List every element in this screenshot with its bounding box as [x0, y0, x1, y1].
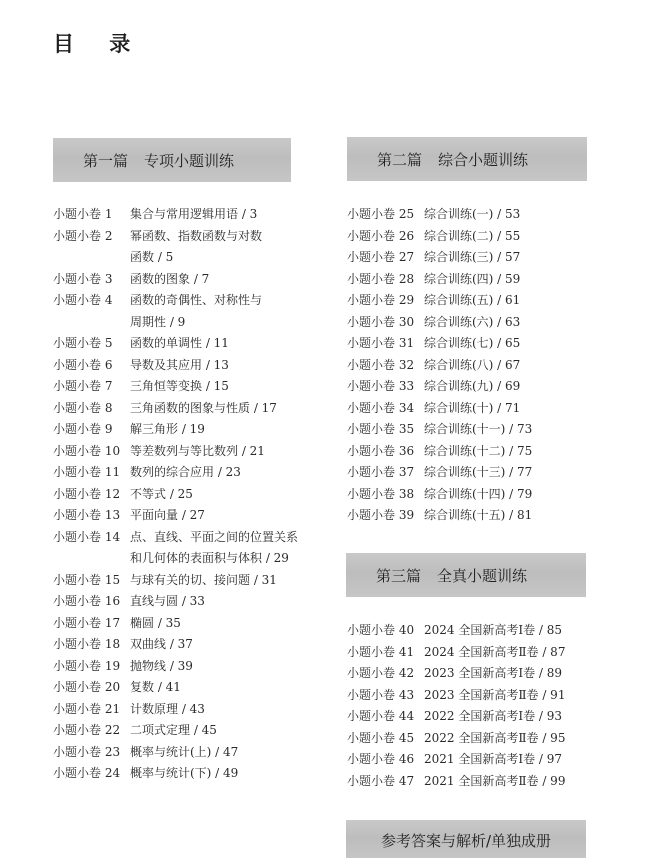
section-part-label: 第一篇 — [83, 150, 128, 171]
toc-entry-label: 小题小卷 28 — [347, 269, 424, 291]
toc-entry-label: 小题小卷 19 — [53, 656, 130, 678]
toc-entry-title: 集合与常用逻辑用语 / 3 — [130, 204, 257, 226]
toc-entry: 小题小卷 31综合训练(七) / 65 — [347, 333, 532, 355]
toc-entry-label: 小题小卷 9 — [53, 419, 130, 441]
toc-entry-title: 综合训练(三) / 57 — [424, 247, 520, 269]
toc-entry: 小题小卷 27综合训练(三) / 57 — [347, 247, 532, 269]
toc-entry-title: 综合训练(九) / 69 — [424, 376, 520, 398]
section-name: 综合小题训练 — [438, 149, 528, 170]
toc-entry-label: 小题小卷 44 — [347, 706, 424, 728]
toc-entry: 小题小卷 412024 全国新高考Ⅱ卷 / 87 — [347, 642, 565, 664]
toc-entry: 小题小卷 34综合训练(十) / 71 — [347, 398, 532, 420]
toc-entry-label: 小题小卷 46 — [347, 749, 424, 771]
toc-entry-title: 点、直线、平面之间的位置关系 — [130, 527, 298, 549]
toc-entry-title: 综合训练(十二) / 75 — [424, 441, 532, 463]
toc-entry-label: 小题小卷 16 — [53, 591, 130, 613]
page-title: 目 录 — [53, 28, 144, 58]
toc-entry-label: 小题小卷 15 — [53, 570, 130, 592]
toc-entry-title: 2021 全国新高考Ⅱ卷 / 99 — [424, 771, 565, 793]
toc-entry-label: 小题小卷 40 — [347, 620, 424, 642]
toc-entry-label: 小题小卷 26 — [347, 226, 424, 248]
toc-entry: 小题小卷 462021 全国新高考Ⅰ卷 / 97 — [347, 749, 565, 771]
toc-entry-label: 小题小卷 41 — [347, 642, 424, 664]
toc-entry-title: 综合训练(八) / 67 — [424, 355, 520, 377]
toc-entry-title: 不等式 / 25 — [130, 484, 193, 506]
toc-entry-title: 综合训练(十一) / 73 — [424, 419, 532, 441]
toc-entry-title: 导数及其应用 / 13 — [130, 355, 229, 377]
answers-banner: 参考答案与解析/单独成册 — [346, 820, 586, 858]
toc-entry-label: 小题小卷 36 — [347, 441, 424, 463]
toc-entry-title: 三角函数的图象与性质 / 17 — [130, 398, 277, 420]
toc-entry-label: 小题小卷 10 — [53, 441, 130, 463]
toc-entry-title: 三角恒等变换 / 15 — [130, 376, 229, 398]
toc-entry-label: 小题小卷 3 — [53, 269, 130, 291]
toc-entry: 小题小卷 442022 全国新高考Ⅰ卷 / 93 — [347, 706, 565, 728]
toc-entry: 小题小卷 11数列的综合应用 / 23 — [53, 462, 298, 484]
toc-entry-label: 小题小卷 30 — [347, 312, 424, 334]
toc-entry: 小题小卷 2幂函数、指数函数与对数 — [53, 226, 298, 248]
toc-entry-label: 小题小卷 18 — [53, 634, 130, 656]
toc-entry-title: 综合训练(六) / 63 — [424, 312, 520, 334]
toc-entry-title: 函数的图象 / 7 — [130, 269, 209, 291]
toc-entry-title: 解三角形 / 19 — [130, 419, 205, 441]
toc-entry: 小题小卷 37综合训练(十三) / 77 — [347, 462, 532, 484]
toc-entry-label: 小题小卷 23 — [53, 742, 130, 764]
toc-entry-continuation: 函数 / 5 — [53, 247, 298, 269]
toc-entry: 小题小卷 36综合训练(十二) / 75 — [347, 441, 532, 463]
toc-entry: 小题小卷 33综合训练(九) / 69 — [347, 376, 532, 398]
toc-entry: 小题小卷 32综合训练(八) / 67 — [347, 355, 532, 377]
toc-entry-title: 函数的奇偶性、对称性与 — [130, 290, 262, 312]
toc-entry-title: 综合训练(十三) / 77 — [424, 462, 532, 484]
toc-entry: 小题小卷 21计数原理 / 43 — [53, 699, 298, 721]
toc-entry-label: 小题小卷 25 — [347, 204, 424, 226]
toc-entry: 小题小卷 22二项式定理 / 45 — [53, 720, 298, 742]
toc-entry-title: 直线与圆 / 33 — [130, 591, 205, 613]
toc-entry-label: 小题小卷 42 — [347, 663, 424, 685]
toc-entry-title: 复数 / 41 — [130, 677, 181, 699]
toc-entry-label: 小题小卷 14 — [53, 527, 130, 549]
toc-entry-label: 小题小卷 8 — [53, 398, 130, 420]
toc-entry: 小题小卷 23概率与统计(上) / 47 — [53, 742, 298, 764]
toc-entry: 小题小卷 422023 全国新高考Ⅰ卷 / 89 — [347, 663, 565, 685]
toc-entry-title: 综合训练(一) / 53 — [424, 204, 520, 226]
toc-entry: 小题小卷 24概率与统计(下) / 49 — [53, 763, 298, 785]
toc-entry: 小题小卷 4函数的奇偶性、对称性与 — [53, 290, 298, 312]
toc-entry-continuation: 和几何体的表面积与体积 / 29 — [53, 548, 298, 570]
toc-entry-title: 计数原理 / 43 — [130, 699, 205, 721]
toc-entry-title: 函数的单调性 / 11 — [130, 333, 229, 355]
toc-entry-title: 2022 全国新高考Ⅱ卷 / 95 — [424, 728, 565, 750]
toc-entry: 小题小卷 5函数的单调性 / 11 — [53, 333, 298, 355]
toc-entry-label: 小题小卷 34 — [347, 398, 424, 420]
toc-entry: 小题小卷 16直线与圆 / 33 — [53, 591, 298, 613]
toc-entry: 小题小卷 14点、直线、平面之间的位置关系 — [53, 527, 298, 549]
toc-entry: 小题小卷 25综合训练(一) / 53 — [347, 204, 532, 226]
toc-entry: 小题小卷 18双曲线 / 37 — [53, 634, 298, 656]
toc-entry-title: 2021 全国新高考Ⅰ卷 / 97 — [424, 749, 562, 771]
toc-entry-title: 数列的综合应用 / 23 — [130, 462, 241, 484]
toc-entry-label: 小题小卷 6 — [53, 355, 130, 377]
toc-entry: 小题小卷 26综合训练(二) / 55 — [347, 226, 532, 248]
toc-entry: 小题小卷 38综合训练(十四) / 79 — [347, 484, 532, 506]
toc-entry-title: 与球有关的切、接问题 / 31 — [130, 570, 277, 592]
toc-entry: 小题小卷 13平面向量 / 27 — [53, 505, 298, 527]
toc-entry: 小题小卷 35综合训练(十一) / 73 — [347, 419, 532, 441]
toc-list-section-3: 小题小卷 402024 全国新高考Ⅰ卷 / 85小题小卷 412024 全国新高… — [347, 620, 565, 792]
toc-entry-title: 抛物线 / 39 — [130, 656, 193, 678]
answers-banner-text: 参考答案与解析/单独成册 — [381, 830, 551, 851]
toc-entry-label: 小题小卷 31 — [347, 333, 424, 355]
toc-entry-title: 综合训练(七) / 65 — [424, 333, 520, 355]
toc-entry-label: 小题小卷 39 — [347, 505, 424, 527]
toc-entry: 小题小卷 9解三角形 / 19 — [53, 419, 298, 441]
toc-entry: 小题小卷 28综合训练(四) / 59 — [347, 269, 532, 291]
toc-entry-title: 综合训练(五) / 61 — [424, 290, 520, 312]
toc-entry: 小题小卷 19抛物线 / 39 — [53, 656, 298, 678]
toc-entry-title: 2022 全国新高考Ⅰ卷 / 93 — [424, 706, 562, 728]
toc-entry: 小题小卷 452022 全国新高考Ⅱ卷 / 95 — [347, 728, 565, 750]
toc-entry-title: 双曲线 / 37 — [130, 634, 193, 656]
toc-entry-label: 小题小卷 38 — [347, 484, 424, 506]
toc-entry-title: 2024 全国新高考Ⅰ卷 / 85 — [424, 620, 562, 642]
toc-entry: 小题小卷 3函数的图象 / 7 — [53, 269, 298, 291]
toc-entry: 小题小卷 30综合训练(六) / 63 — [347, 312, 532, 334]
toc-entry-title: 2024 全国新高考Ⅱ卷 / 87 — [424, 642, 565, 664]
toc-entry-title: 幂函数、指数函数与对数 — [130, 226, 262, 248]
toc-entry: 小题小卷 432023 全国新高考Ⅱ卷 / 91 — [347, 685, 565, 707]
toc-entry-label: 小题小卷 7 — [53, 376, 130, 398]
toc-entry: 小题小卷 12不等式 / 25 — [53, 484, 298, 506]
toc-entry-label: 小题小卷 45 — [347, 728, 424, 750]
toc-entry-title: 周期性 / 9 — [130, 312, 185, 334]
toc-entry: 小题小卷 1集合与常用逻辑用语 / 3 — [53, 204, 298, 226]
section-name: 全真小题训练 — [437, 565, 527, 586]
toc-entry-title: 综合训练(十) / 71 — [424, 398, 520, 420]
toc-entry-title: 综合训练(十五) / 81 — [424, 505, 532, 527]
toc-entry: 小题小卷 20复数 / 41 — [53, 677, 298, 699]
toc-entry-label: 小题小卷 11 — [53, 462, 130, 484]
toc-entry-label: 小题小卷 24 — [53, 763, 130, 785]
toc-entry-label: 小题小卷 32 — [347, 355, 424, 377]
toc-entry-title: 概率与统计(下) / 49 — [130, 763, 238, 785]
toc-entry-label: 小题小卷 37 — [347, 462, 424, 484]
toc-entry: 小题小卷 8三角函数的图象与性质 / 17 — [53, 398, 298, 420]
toc-entry-title: 综合训练(四) / 59 — [424, 269, 520, 291]
section-part-label: 第二篇 — [377, 149, 422, 170]
toc-entry-label: 小题小卷 27 — [347, 247, 424, 269]
toc-entry: 小题小卷 17椭圆 / 35 — [53, 613, 298, 635]
toc-entry-title: 2023 全国新高考Ⅰ卷 / 89 — [424, 663, 562, 685]
toc-list-section-2: 小题小卷 25综合训练(一) / 53小题小卷 26综合训练(二) / 55小题… — [347, 204, 532, 527]
section-banner-2: 第二篇 综合小题训练 — [347, 137, 587, 181]
toc-entry-title: 概率与统计(上) / 47 — [130, 742, 238, 764]
toc-entry-title: 函数 / 5 — [130, 247, 173, 269]
toc-entry-label: 小题小卷 33 — [347, 376, 424, 398]
toc-entry-label: 小题小卷 21 — [53, 699, 130, 721]
toc-entry-label: 小题小卷 13 — [53, 505, 130, 527]
toc-entry: 小题小卷 7三角恒等变换 / 15 — [53, 376, 298, 398]
toc-entry-label: 小题小卷 1 — [53, 204, 130, 226]
toc-entry-title: 平面向量 / 27 — [130, 505, 205, 527]
toc-entry-title: 等差数列与等比数列 / 21 — [130, 441, 265, 463]
toc-entry: 小题小卷 472021 全国新高考Ⅱ卷 / 99 — [347, 771, 565, 793]
section-part-label: 第三篇 — [376, 565, 421, 586]
toc-entry-label: 小题小卷 2 — [53, 226, 130, 248]
toc-entry-title: 2023 全国新高考Ⅱ卷 / 91 — [424, 685, 565, 707]
toc-entry-label: 小题小卷 5 — [53, 333, 130, 355]
toc-entry-title: 综合训练(十四) / 79 — [424, 484, 532, 506]
toc-entry-label: 小题小卷 4 — [53, 290, 130, 312]
toc-entry: 小题小卷 6导数及其应用 / 13 — [53, 355, 298, 377]
toc-entry-label: 小题小卷 12 — [53, 484, 130, 506]
toc-list-section-1: 小题小卷 1集合与常用逻辑用语 / 3小题小卷 2幂函数、指数函数与对数函数 /… — [53, 204, 298, 785]
toc-entry: 小题小卷 39综合训练(十五) / 81 — [347, 505, 532, 527]
toc-entry-label: 小题小卷 17 — [53, 613, 130, 635]
toc-entry-label: 小题小卷 35 — [347, 419, 424, 441]
section-banner-3: 第三篇 全真小题训练 — [346, 553, 586, 597]
toc-entry-continuation: 周期性 / 9 — [53, 312, 298, 334]
toc-entry-label: 小题小卷 43 — [347, 685, 424, 707]
toc-entry-title: 二项式定理 / 45 — [130, 720, 217, 742]
toc-entry-label: 小题小卷 29 — [347, 290, 424, 312]
toc-entry-title: 综合训练(二) / 55 — [424, 226, 520, 248]
toc-entry: 小题小卷 15与球有关的切、接问题 / 31 — [53, 570, 298, 592]
toc-entry-title: 和几何体的表面积与体积 / 29 — [130, 548, 289, 570]
toc-entry-label: 小题小卷 22 — [53, 720, 130, 742]
toc-entry: 小题小卷 29综合训练(五) / 61 — [347, 290, 532, 312]
toc-entry-label: 小题小卷 47 — [347, 771, 424, 793]
toc-entry: 小题小卷 10等差数列与等比数列 / 21 — [53, 441, 298, 463]
toc-entry-label: 小题小卷 20 — [53, 677, 130, 699]
section-name: 专项小题训练 — [144, 150, 234, 171]
section-banner-1: 第一篇 专项小题训练 — [53, 138, 291, 182]
toc-entry-title: 椭圆 / 35 — [130, 613, 181, 635]
toc-entry: 小题小卷 402024 全国新高考Ⅰ卷 / 85 — [347, 620, 565, 642]
